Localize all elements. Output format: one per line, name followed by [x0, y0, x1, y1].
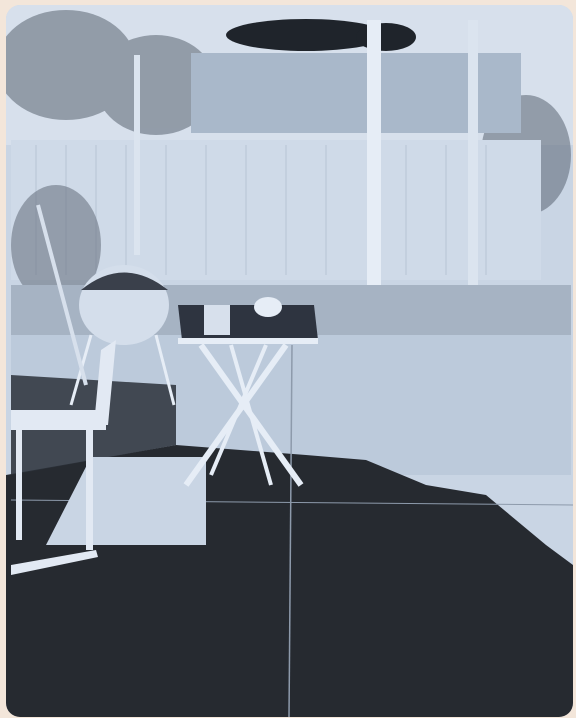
- photo-print: [6, 5, 573, 717]
- post: [134, 55, 140, 255]
- dark-canopy: [226, 19, 416, 51]
- negative-photo-scene: [6, 5, 573, 717]
